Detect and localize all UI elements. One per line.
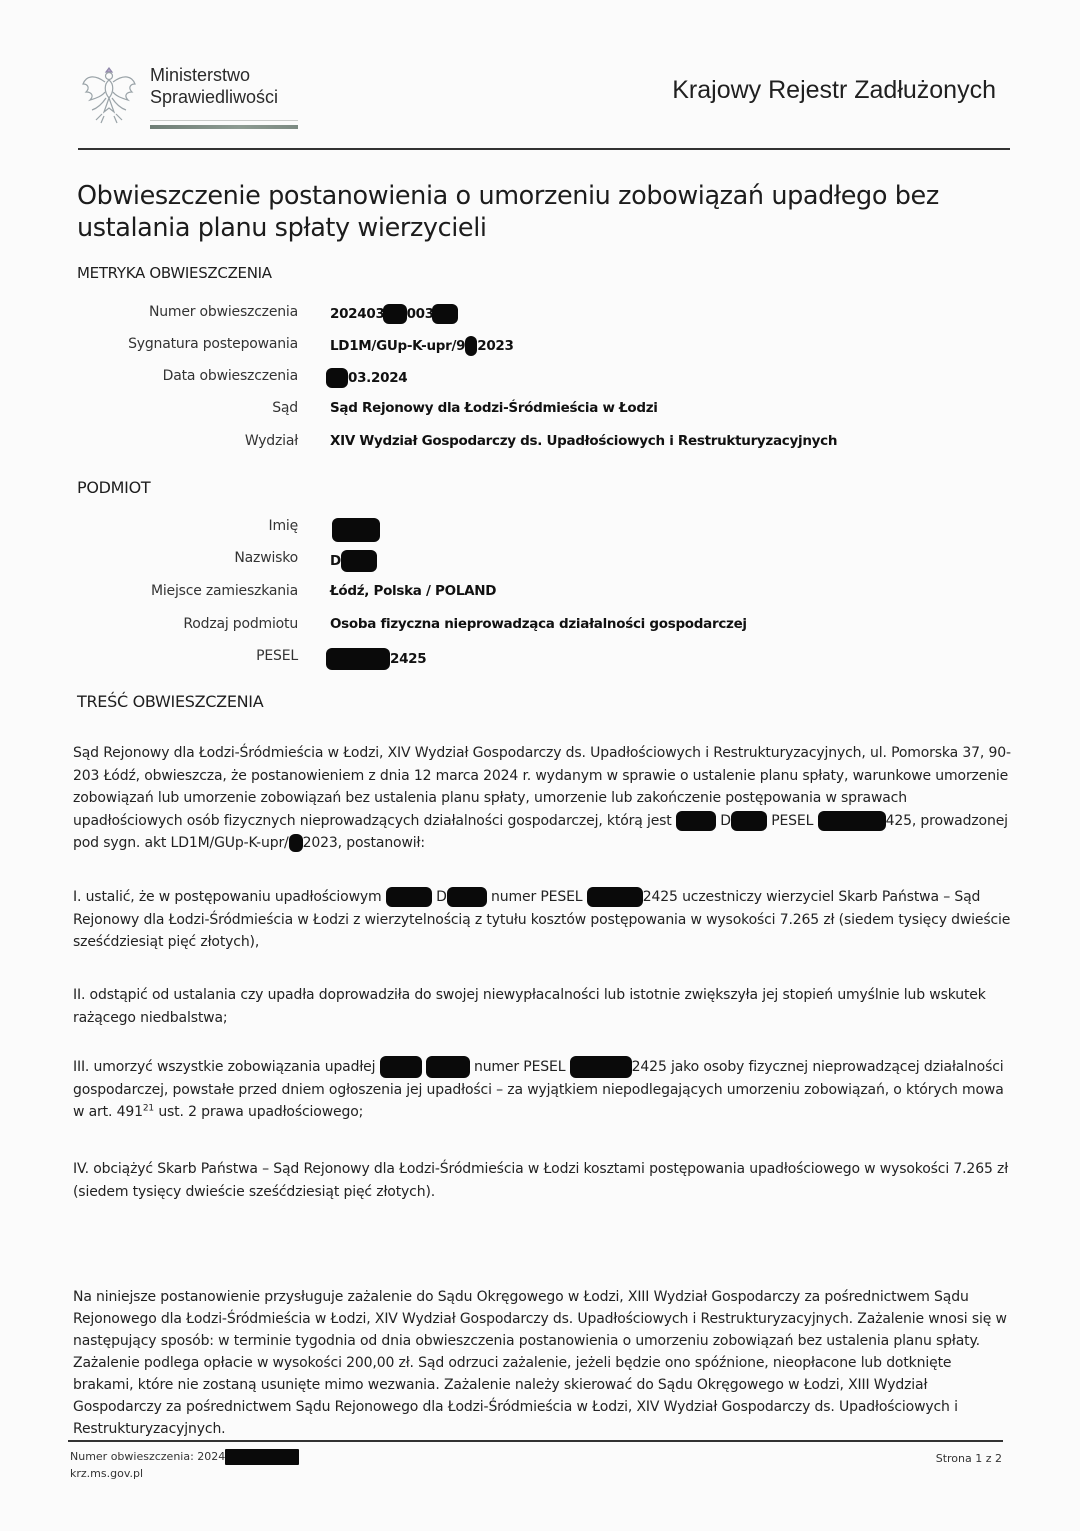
- paragraph-point-1: I. ustalić, że w postępowaniu upadłościo…: [73, 886, 1013, 954]
- meta-row-sad: Sąd Sąd Rejonowy dla Łodzi-Śródmieścia w…: [0, 400, 1080, 422]
- paragraph-point-4: IV. obciążyć Skarb Państwa – Sąd Rejonow…: [73, 1158, 1013, 1203]
- footer-website: krz.ms.gov.pl: [70, 1465, 299, 1482]
- meta-value-sygnatura: LD1M/GUp-K-upr/92023: [330, 336, 514, 356]
- meta-label: Imię: [269, 518, 298, 534]
- meta-label: Data obwieszczenia: [163, 368, 298, 384]
- meta-row-data: Data obwieszczenia 03.2024: [0, 368, 1080, 390]
- section-heading-podmiot: PODMIOT: [77, 478, 150, 497]
- polish-eagle-icon: [80, 62, 138, 126]
- superscript: 21: [143, 1103, 154, 1113]
- redaction-block: [332, 518, 380, 542]
- meta-label: Miejsce zamieszkania: [151, 583, 298, 599]
- meta-value-nazwisko: D: [330, 550, 377, 572]
- ministry-name-line2: Sprawiedliwości: [150, 86, 278, 108]
- meta-value-miejsce: Łódź, Polska / POLAND: [330, 583, 496, 599]
- meta-label: Wydział: [245, 433, 298, 449]
- meta-value-data: 03.2024: [330, 368, 407, 388]
- text: D: [432, 889, 447, 905]
- redaction-block: [341, 550, 377, 572]
- text: Numer obwieszczenia: 2024: [70, 1450, 225, 1463]
- redaction-block: [383, 304, 407, 324]
- footer-numer: Numer obwieszczenia: 2024: [70, 1448, 299, 1465]
- meta-row-sygnatura: Sygnatura postepowania LD1M/GUp-K-upr/92…: [0, 336, 1080, 358]
- meta-row-nazwisko: Nazwisko D: [0, 550, 1080, 572]
- meta-value-rodzaj: Osoba fizyczna nieprowadząca działalnośc…: [330, 616, 747, 632]
- paragraph-point-3: III. umorzyć wszystkie zobowiązania upad…: [73, 1056, 1013, 1124]
- meta-row-wydzial: Wydział XIV Wydział Gospodarczy ds. Upad…: [0, 433, 1080, 455]
- meta-label: Numer obwieszczenia: [149, 304, 298, 320]
- meta-row-pesel: PESEL 2425: [0, 648, 1080, 670]
- meta-value-imie: [330, 518, 380, 542]
- logo-thin-rule: [150, 120, 298, 121]
- meta-label: PESEL: [256, 648, 298, 664]
- redaction-block: [731, 811, 767, 831]
- meta-row-miejsce: Miejsce zamieszkania Łódź, Polska / POLA…: [0, 583, 1080, 605]
- meta-value-wydzial: XIV Wydział Gospodarczy ds. Upadłościowy…: [330, 433, 837, 449]
- redaction-block: [289, 834, 303, 852]
- text: 2023, postanowił:: [303, 835, 425, 851]
- value-text: 003: [407, 306, 434, 322]
- redaction-block: [326, 368, 348, 388]
- meta-label: Sąd: [272, 400, 298, 416]
- redaction-block: [570, 1056, 632, 1078]
- page-header: Ministerstwo Sprawiedliwości Krajowy Rej…: [78, 58, 1010, 150]
- registry-title: Krajowy Rejestr Zadłużonych: [672, 76, 996, 105]
- section-heading-metryka: METRYKA OBWIESZCZENIA: [77, 264, 272, 282]
- footer-info: Numer obwieszczenia: 2024 krz.ms.gov.pl: [70, 1448, 299, 1482]
- redaction-block: [326, 648, 390, 670]
- paragraph-intro: Sąd Rejonowy dla Łodzi-Śródmieścia w Łod…: [73, 742, 1013, 855]
- redaction-block: [818, 811, 886, 831]
- redaction-block: [432, 304, 458, 324]
- meta-value-numer: 202403003: [330, 304, 458, 324]
- redaction-block: [380, 1056, 422, 1078]
- value-text: D: [330, 553, 341, 569]
- ministry-name: Ministerstwo Sprawiedliwości: [150, 64, 278, 108]
- meta-row-rodzaj: Rodzaj podmiotu Osoba fizyczna nieprowad…: [0, 616, 1080, 638]
- redaction-block: [587, 887, 643, 907]
- paragraph-pouczenie: Na niniejsze postanowienie przysługuje z…: [73, 1286, 1013, 1440]
- section-heading-tresc: TREŚĆ OBWIESZCZENIA: [77, 692, 263, 711]
- text: I. ustalić, że w postępowaniu upadłościo…: [73, 889, 386, 905]
- redaction-block: [676, 811, 716, 831]
- ministry-name-line1: Ministerstwo: [150, 64, 278, 86]
- redaction-block: [465, 336, 477, 356]
- redaction-block: [225, 1449, 299, 1465]
- header-divider: [78, 148, 1010, 150]
- page-number: Strona 1 z 2: [936, 1452, 1002, 1465]
- meta-label: Nazwisko: [234, 550, 298, 566]
- redaction-block: [447, 887, 487, 907]
- logo-rule: [150, 125, 298, 129]
- value-text: 202403: [330, 306, 385, 322]
- ministry-logo: Ministerstwo Sprawiedliwości: [78, 58, 318, 134]
- text: numer PESEL: [470, 1059, 570, 1075]
- text: D: [716, 813, 731, 829]
- meta-value-pesel: 2425: [330, 648, 426, 670]
- text: PESEL: [767, 813, 818, 829]
- document-title: Obwieszczenie postanowienia o umorzeniu …: [77, 180, 977, 244]
- value-text: 2023: [477, 338, 513, 354]
- value-text: 2425: [390, 651, 426, 667]
- paragraph-point-2: II. odstąpić od ustalania czy upadła dop…: [73, 984, 1013, 1029]
- redaction-block: [386, 887, 432, 907]
- value-text: 03.2024: [348, 370, 407, 386]
- meta-row-numer: Numer obwieszczenia 202403003: [0, 304, 1080, 326]
- text: ust. 2 prawa upadłościowego;: [154, 1104, 363, 1120]
- meta-label: Sygnatura postepowania: [128, 336, 298, 352]
- meta-row-imie: Imię: [0, 518, 1080, 540]
- meta-value-sad: Sąd Rejonowy dla Łodzi-Śródmieścia w Łod…: [330, 400, 658, 416]
- redaction-block: [426, 1056, 470, 1078]
- value-text: LD1M/GUp-K-upr/9: [330, 338, 465, 354]
- meta-label: Rodzaj podmiotu: [183, 616, 298, 632]
- footer-divider: [68, 1440, 1003, 1442]
- text: numer PESEL: [487, 889, 587, 905]
- text: III. umorzyć wszystkie zobowiązania upad…: [73, 1059, 380, 1075]
